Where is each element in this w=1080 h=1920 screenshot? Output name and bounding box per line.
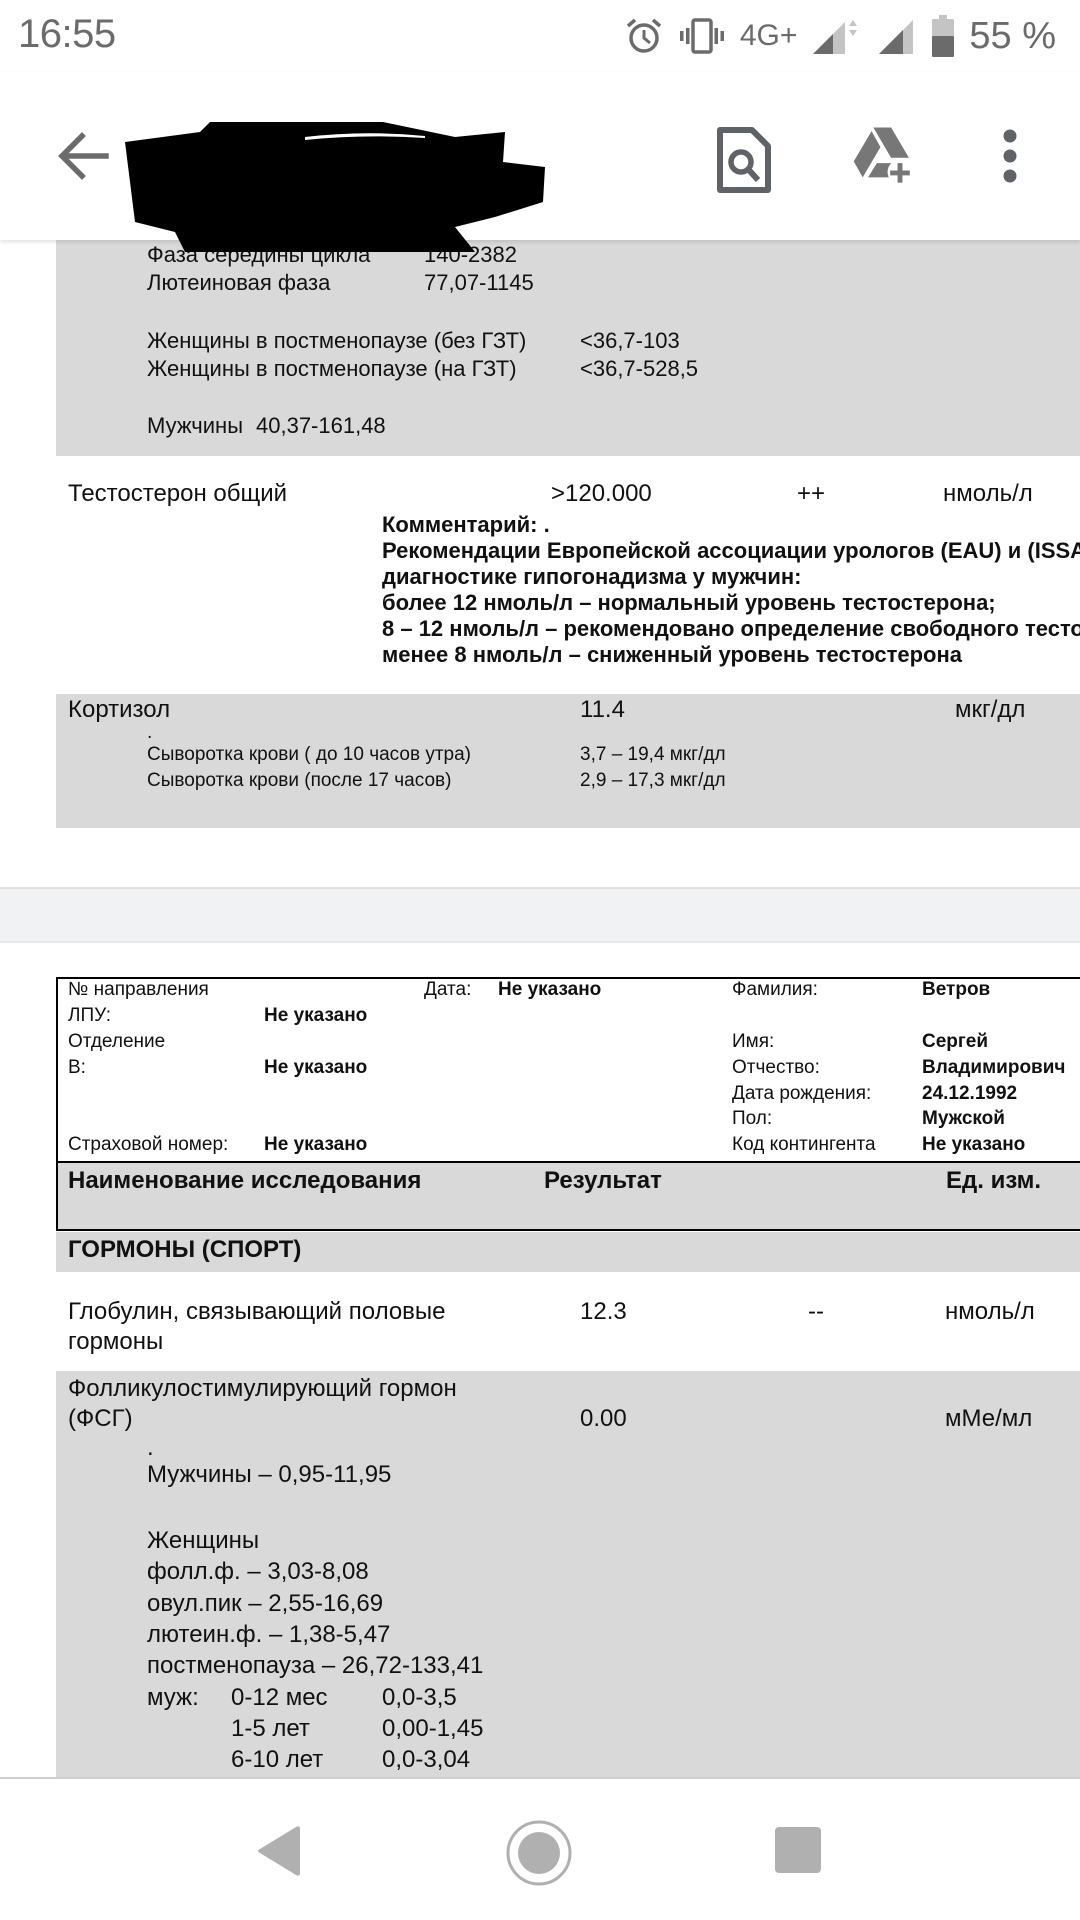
nav-home-icon[interactable]	[505, 1819, 573, 1887]
test-name: Тестостерон общий	[68, 480, 287, 508]
test-name: Фолликулостимулирующий гормон	[68, 1375, 457, 1403]
insurance-value: Не указано	[264, 1134, 367, 1156]
test-result: 12.3	[580, 1298, 627, 1326]
test-unit: нмоль/л	[945, 1298, 1035, 1326]
range-value: 0,00-1,45	[382, 1715, 483, 1743]
document-page-2: № направления Дата: Не указано ЛПУ: Не у…	[0, 943, 1080, 1777]
status-time: 16:55	[18, 12, 116, 57]
comment-line: Комментарий: .	[382, 512, 550, 538]
name-value: Сергей	[922, 1031, 988, 1053]
sex-value: Мужской	[922, 1108, 1005, 1130]
range-line: Женщины	[147, 1527, 259, 1555]
test-flag: ++	[797, 480, 825, 508]
range-line: Мужчины – 0,95-11,95	[147, 1461, 391, 1489]
contingent-value: Не указано	[922, 1134, 1025, 1156]
document-page-1: Фаза середины цикла 140-2382 Лютеиновая …	[0, 240, 1080, 887]
v-value: Не указано	[264, 1057, 367, 1079]
range-label: Женщины в постменопаузе (без ГЗТ)	[147, 328, 526, 354]
dob-label: Дата рождения:	[732, 1083, 871, 1105]
test-result: 11.4	[580, 696, 625, 724]
range-label: Мужчины	[147, 413, 243, 439]
range-label: Сыворотка крови ( до 10 часов утра)	[147, 744, 471, 766]
sex-label: Пол:	[732, 1108, 772, 1130]
find-in-document-icon[interactable]	[712, 124, 776, 196]
range-line: овул.пик – 2,55-16,69	[147, 1590, 383, 1618]
lpu-value: Не указано	[264, 1005, 367, 1027]
column-header-unit: Ед. изм.	[946, 1167, 1041, 1195]
range-value: 3,7 – 19,4 мкг/дл	[580, 744, 726, 766]
alarm-icon	[624, 16, 664, 56]
range-line: муж:	[147, 1684, 199, 1712]
section-title: ГОРМОНЫ (СПОРТ)	[68, 1236, 301, 1264]
contingent-label: Код контингента	[732, 1134, 876, 1156]
network-type: 4G+	[740, 19, 798, 53]
surname-label: Фамилия:	[732, 979, 818, 1001]
column-header-result: Результат	[544, 1167, 662, 1195]
app-bar	[0, 72, 1080, 240]
nav-back-icon[interactable]	[256, 1825, 304, 1877]
range-value: 0,0-3,04	[382, 1746, 470, 1774]
back-arrow-icon[interactable]	[52, 124, 116, 188]
department-label: Отделение	[68, 1031, 165, 1053]
column-header-name: Наименование исследования	[68, 1167, 421, 1195]
dot: .	[147, 1434, 154, 1462]
test-unit: нмоль/л	[943, 480, 1033, 508]
test-result: >120.000	[551, 480, 652, 508]
signal-icon	[811, 16, 863, 56]
navigation-bar	[0, 1777, 1080, 1920]
test-flag: --	[808, 1298, 824, 1326]
surname-value: Ветров	[922, 979, 990, 1001]
range-age: 1-5 лет	[231, 1715, 310, 1743]
lpu-label: ЛПУ:	[68, 1005, 111, 1027]
status-icons: 4G+ 55 %	[624, 14, 1056, 58]
patronymic-label: Отчество:	[732, 1057, 820, 1079]
add-to-drive-icon[interactable]	[852, 120, 916, 192]
date-label: Дата:	[424, 979, 471, 1001]
page-separator	[0, 887, 1080, 943]
comment-line: диагностике гипогонадизма у мужчин:	[382, 564, 801, 590]
range-value: 0,0-3,5	[382, 1684, 457, 1712]
test-unit: мМе/мл	[945, 1405, 1032, 1433]
test-result: 0.00	[580, 1405, 627, 1433]
comment-line: более 12 нмоль/л – нормальный уровень те…	[382, 590, 996, 616]
range-value: 77,07-1145	[424, 270, 534, 296]
vibrate-icon	[678, 16, 726, 56]
range-label: Сыворотка крови (после 17 часов)	[147, 770, 451, 792]
range-line: постменопауза – 26,72-133,41	[147, 1652, 483, 1680]
range-value: <36,7-103	[580, 328, 680, 354]
battery-percent: 55 %	[969, 15, 1056, 58]
dot: .	[147, 722, 152, 744]
test-name: Кортизол	[68, 696, 170, 724]
test-name: (ФСГ)	[68, 1405, 133, 1433]
range-value: 2,9 – 17,3 мкг/дл	[580, 770, 726, 792]
range-value: 40,37-161,48	[256, 413, 386, 439]
patronymic-value: Владимирович	[922, 1057, 1065, 1079]
test-name: Глобулин, связывающий половые	[68, 1298, 446, 1326]
battery-icon	[931, 15, 955, 57]
more-vert-icon[interactable]	[990, 122, 1030, 194]
range-age: 0-12 мес	[231, 1684, 328, 1712]
v-label: В:	[68, 1057, 86, 1079]
name-label: Имя:	[732, 1031, 774, 1053]
comment-line: менее 8 нмоль/л – сниженный уровень тест…	[382, 642, 962, 668]
document-viewer[interactable]: Фаза середины цикла 140-2382 Лютеиновая …	[0, 240, 1080, 1777]
test-unit: мкг/дл	[955, 696, 1025, 724]
signal-icon	[877, 16, 917, 56]
insurance-label: Страховой номер:	[68, 1134, 228, 1156]
range-line: фолл.ф. – 3,03-8,08	[147, 1558, 369, 1586]
test-name: гормоны	[68, 1328, 163, 1356]
redacted-title	[125, 122, 690, 252]
range-age: 6-10 лет	[231, 1746, 323, 1774]
referral-label: № направления	[68, 979, 209, 1001]
dob-value: 24.12.1992	[922, 1083, 1017, 1105]
range-label: Лютеиновая фаза	[147, 270, 330, 296]
status-bar: 16:55 4G+ 55 %	[0, 0, 1080, 72]
range-value: <36,7-528,5	[580, 356, 698, 382]
range-line: лютеин.ф. – 1,38-5,47	[147, 1621, 390, 1649]
date-value: Не указано	[498, 979, 601, 1001]
comment-line: Рекомендации Европейской ассоциации урол…	[382, 538, 1080, 564]
comment-line: 8 – 12 нмоль/л – рекомендовано определен…	[382, 616, 1080, 642]
nav-recents-icon[interactable]	[775, 1827, 821, 1873]
range-label: Женщины в постменопаузе (на ГЗТ)	[147, 356, 517, 382]
